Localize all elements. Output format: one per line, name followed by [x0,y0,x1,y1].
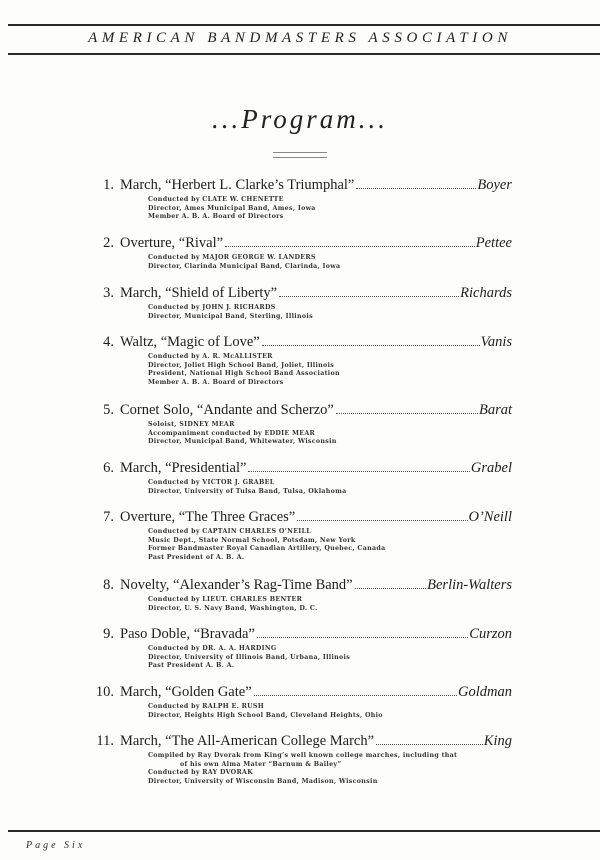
program-item: 4. Waltz, “Magic of Love” Vanis Conducte… [92,334,512,387]
detail-line: Conducted by JOHN J. RICHARDS [148,304,512,313]
detail-line: of his own Alma Mater “Barnum & Bailey” [148,761,512,770]
detail-line: Member A. B. A. Board of Directors [148,379,512,388]
item-details: Conducted by DR. A. A. HARDING Director,… [148,645,512,671]
detail-line: Conducted by VICTOR J. GRABEL [148,479,512,488]
item-details: Conducted by RALPH E. RUSH Director, Hei… [148,703,512,720]
detail-line: Director, University of Tulsa Band, Tuls… [148,488,512,497]
detail-line: Conducted by A. R. McALLISTER [148,353,512,362]
dot-leader [297,520,467,521]
program-item: 3. March, “Shield of Liberty” Richards C… [92,285,512,321]
detail-line: Compiled by Ray Dvorak from King’s well … [148,752,512,761]
detail-line: President, National High School Band Ass… [148,370,512,379]
organization-header: AMERICAN BANDMASTERS ASSOCIATION [0,30,600,47]
item-details: Conducted by VICTOR J. GRABEL Director, … [148,479,512,496]
page-number: Page Six [26,840,85,851]
item-composer: Curzon [469,626,512,643]
item-number: 7. [92,509,114,526]
program-item: 1. March, “Herbert L. Clarke’s Triumphal… [92,177,512,222]
program-item: 7. Overture, “The Three Graces” O’Neill … [92,509,512,562]
program-item: 10. March, “Golden Gate” Goldman Conduct… [92,684,512,720]
item-title: March, “Golden Gate” [120,684,252,701]
item-number: 1. [92,177,114,194]
item-title: Waltz, “Magic of Love” [120,334,260,351]
program-item: 8. Novelty, “Alexander’s Rag-Time Band” … [92,577,512,613]
item-details: Conducted by JOHN J. RICHARDS Director, … [148,304,512,321]
detail-line: Conducted by LIEUT. CHARLES BENTER [148,596,512,605]
item-composer: Grabel [471,460,512,477]
item-number: 4. [92,334,114,351]
item-title: Cornet Solo, “Andante and Scherzo” [120,402,334,419]
item-title: Novelty, “Alexander’s Rag-Time Band” [120,577,353,594]
item-title: Paso Doble, “Bravada” [120,626,255,643]
item-details: Soloist, SIDNEY MEAR Accompaniment condu… [148,421,512,447]
item-title: March, “Herbert L. Clarke’s Triumphal” [120,177,354,194]
detail-line: Director, Ames Municipal Band, Ames, Iow… [148,205,512,214]
detail-line: Director, Joliet High School Band, Jolie… [148,362,512,371]
item-number: 2. [92,235,114,252]
detail-line: Past President A. B. A. [148,662,512,671]
dot-leader [355,588,427,589]
detail-line: Director, Clarinda Municipal Band, Clari… [148,263,512,272]
item-composer: Barat [479,402,512,419]
detail-line: Director, Municipal Band, Whitewater, Wi… [148,438,512,447]
program-item: 6. March, “Presidential” Grabel Conducte… [92,460,512,496]
dot-leader [336,413,478,414]
program-item: 11. March, “The All-American College Mar… [92,733,512,786]
detail-line: Director, University of Wisconsin Band, … [148,778,512,787]
detail-line: Conducted by RALPH E. RUSH [148,703,512,712]
detail-line: Soloist, SIDNEY MEAR [148,421,512,430]
dot-leader [248,471,469,472]
item-composer: Vanis [481,334,512,351]
item-title: Overture, “The Three Graces” [120,509,295,526]
item-details: Conducted by LIEUT. CHARLES BENTER Direc… [148,596,512,613]
item-composer: Boyer [477,177,512,194]
item-details: Conducted by A. R. McALLISTER Director, … [148,353,512,387]
item-title: Overture, “Rival” [120,235,223,252]
title-ornament-rule [273,152,327,158]
dot-leader [257,637,468,638]
dot-leader [279,296,459,297]
dot-leader [262,345,480,346]
detail-line: Conducted by MAJOR GEORGE W. LANDERS [148,254,512,263]
item-composer: Goldman [458,684,512,701]
item-details: Conducted by CAPTAIN CHARLES O’NEILL Mus… [148,528,512,562]
item-composer: King [484,733,512,750]
item-composer: Berlin-Walters [427,577,512,594]
item-title: March, “Shield of Liberty” [120,285,277,302]
dot-leader [254,695,457,696]
item-title: March, “Presidential” [120,460,246,477]
item-details: Conducted by MAJOR GEORGE W. LANDERS Dir… [148,254,512,271]
dot-leader [225,246,475,247]
item-number: 9. [92,626,114,643]
detail-line: Member A. B. A. Board of Directors [148,213,512,222]
program-item: 2. Overture, “Rival” Pettee Conducted by… [92,235,512,271]
detail-line: Past President of A. B. A. [148,554,512,563]
item-number: 6. [92,460,114,477]
page-title: ...Program... [0,104,600,135]
detail-line: Music Dept., State Normal School, Potsda… [148,537,512,546]
item-details: Compiled by Ray Dvorak from King’s well … [148,752,512,786]
detail-line: Conducted by CAPTAIN CHARLES O’NEILL [148,528,512,537]
item-title: March, “The All-American College March” [120,733,374,750]
detail-line: Director, Heights High School Band, Clev… [148,712,512,721]
item-composer: Pettee [476,235,512,252]
item-number: 5. [92,402,114,419]
program-item: 5. Cornet Solo, “Andante and Scherzo” Ba… [92,402,512,447]
item-number: 3. [92,285,114,302]
detail-line: Director, University of Illinois Band, U… [148,654,512,663]
dot-leader [356,188,476,189]
item-composer: Richards [460,285,512,302]
detail-line: Director, Municipal Band, Sterling, Illi… [148,313,512,322]
detail-line: Conducted by RAY DVORAK [148,769,512,778]
dot-leader [376,744,483,745]
detail-line: Conducted by DR. A. A. HARDING [148,645,512,654]
header-bottom-rule [8,53,600,55]
item-number: 8. [92,577,114,594]
program-item: 9. Paso Doble, “Bravada” Curzon Conducte… [92,626,512,671]
item-number: 10. [92,684,114,701]
item-number: 11. [92,733,114,750]
item-details: Conducted by CLATE W. CHENETTE Director,… [148,196,512,222]
detail-line: Former Bandmaster Royal Canadian Artille… [148,545,512,554]
detail-line: Director, U. S. Navy Band, Washington, D… [148,605,512,614]
item-composer: O’Neill [469,509,513,526]
header-top-rule [8,24,600,26]
footer-rule [8,830,600,832]
detail-line: Conducted by CLATE W. CHENETTE [148,196,512,205]
detail-line: Accompaniment conducted by EDDIE MEAR [148,430,512,439]
